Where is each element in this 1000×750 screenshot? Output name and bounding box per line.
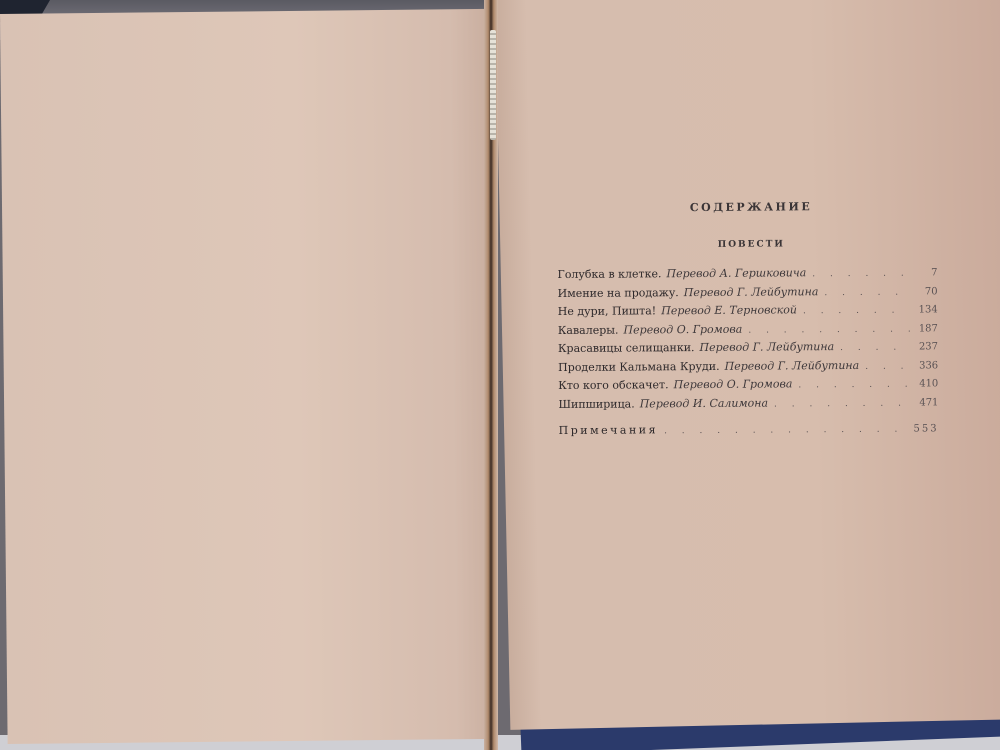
toc-list: Голубка в клетке. Перевод А. Гершковича … bbox=[557, 265, 938, 442]
story-title: Голубка в клетке. bbox=[557, 267, 661, 281]
page-number: 553 bbox=[913, 423, 938, 434]
page-number: 187 bbox=[916, 323, 938, 334]
dot-leader bbox=[824, 287, 909, 298]
translator: Перевод О. Громова bbox=[623, 322, 742, 336]
translator: Перевод Г. Лейбутина bbox=[699, 340, 834, 354]
page-number: 70 bbox=[916, 286, 938, 297]
toc-section-heading: ПОВЕСТИ bbox=[565, 238, 937, 251]
dot-leader bbox=[798, 380, 910, 391]
translator: Перевод А. Гершковича bbox=[666, 266, 806, 280]
left-page-blank bbox=[0, 9, 496, 744]
dot-leader bbox=[748, 324, 910, 335]
dot-leader bbox=[812, 269, 909, 280]
toc-entry-notes: Примечания 553 bbox=[559, 421, 939, 442]
toc-entry: Шипширица. Перевод И. Салимона 471 bbox=[558, 395, 938, 416]
story-title: Проделки Кальмана Круди. bbox=[558, 359, 720, 373]
page-number: 471 bbox=[916, 397, 938, 408]
dot-leader bbox=[774, 398, 910, 409]
page-number: 134 bbox=[916, 304, 938, 315]
notes-label: Примечания bbox=[559, 423, 659, 437]
story-title: Кто кого обскачет. bbox=[558, 378, 668, 392]
dot-leader bbox=[865, 361, 910, 371]
page-number: 237 bbox=[916, 341, 938, 352]
dot-leader bbox=[803, 306, 910, 317]
translator: Перевод Е. Терновской bbox=[661, 303, 797, 317]
table-of-contents: СОДЕРЖАНИЕ ПОВЕСТИ Голубка в клетке. Пер… bbox=[557, 199, 939, 442]
story-title: Шипширица. bbox=[558, 397, 634, 411]
story-title: Не дури, Пишта! bbox=[558, 304, 657, 318]
photo-scene: СОДЕРЖАНИЕ ПОВЕСТИ Голубка в клетке. Пер… bbox=[0, 0, 1000, 750]
page-number: 7 bbox=[915, 267, 937, 278]
story-title: Кавалеры. bbox=[558, 323, 619, 336]
translator: Перевод Г. Лейбутина bbox=[684, 285, 819, 299]
story-title: Имение на продажу. bbox=[558, 286, 679, 300]
translator: Перевод О. Громова bbox=[674, 377, 793, 391]
translator: Перевод Г. Лейбутина bbox=[725, 358, 860, 372]
page-number: 336 bbox=[916, 360, 938, 371]
translator: Перевод И. Салимона bbox=[640, 396, 768, 410]
dot-leader bbox=[840, 343, 910, 353]
toc-title: СОДЕРЖАНИЕ bbox=[565, 199, 937, 215]
dot-leader bbox=[664, 425, 908, 437]
page-number: 410 bbox=[916, 378, 938, 389]
binding-thread bbox=[490, 30, 496, 140]
story-title: Красавицы селищанки. bbox=[558, 341, 695, 355]
